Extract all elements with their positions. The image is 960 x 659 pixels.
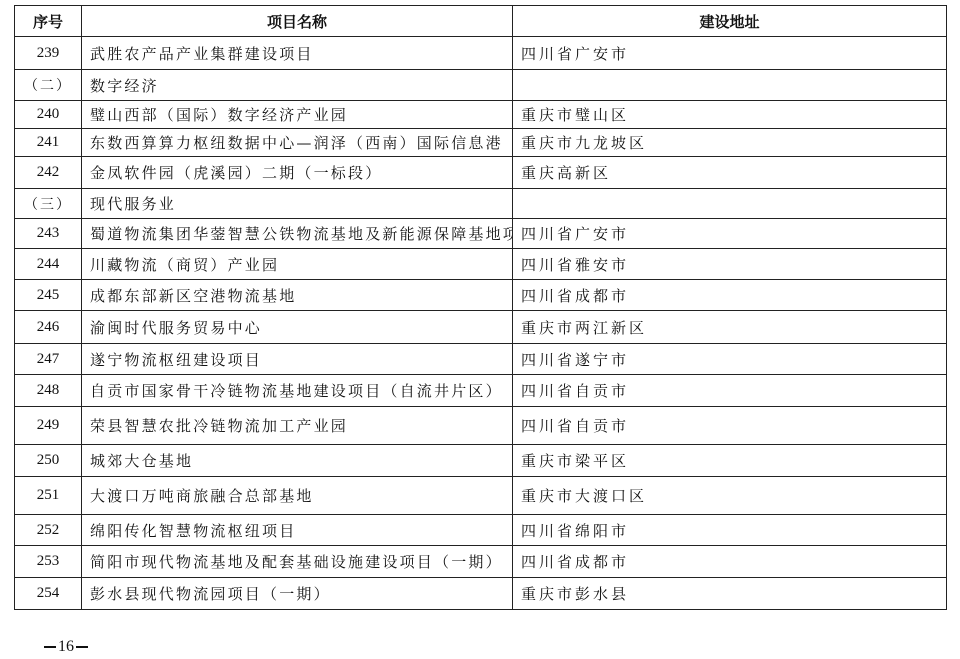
dash-left [44,646,56,648]
project-name-cell: 彭水县现代物流园项目（一期） [82,578,513,610]
project-name-cell: 绵阳传化智慧物流枢纽项目 [82,515,513,546]
serial-number-cell: 248 [15,375,82,407]
table-row: 242金凤软件园（虎溪园）二期（一标段）重庆高新区 [15,157,947,189]
serial-number-cell: （二） [15,70,82,101]
serial-number-cell: 245 [15,280,82,311]
table-row: 239武胜农产品产业集群建设项目四川省广安市 [15,37,947,70]
project-table: 序号 项目名称 建设地址 239武胜农产品产业集群建设项目四川省广安市（二）数字… [14,5,947,610]
dash-right [76,646,88,648]
address-cell [513,70,947,101]
serial-number-cell: 251 [15,477,82,515]
project-name-cell: 东数西算算力枢纽数据中心—润泽（西南）国际信息港 [82,129,513,157]
table-row: 247遂宁物流枢纽建设项目四川省遂宁市 [15,344,947,375]
project-name-cell: 渝闽时代服务贸易中心 [82,311,513,344]
address-cell: 重庆市梁平区 [513,445,947,477]
address-cell: 四川省绵阳市 [513,515,947,546]
address-cell: 重庆市九龙坡区 [513,129,947,157]
serial-number-cell: 242 [15,157,82,189]
address-cell: 四川省广安市 [513,219,947,249]
project-name-cell: 数字经济 [82,70,513,101]
project-name-cell: 川藏物流（商贸）产业园 [82,249,513,280]
table-row: 241东数西算算力枢纽数据中心—润泽（西南）国际信息港重庆市九龙坡区 [15,129,947,157]
address-cell: 重庆市大渡口区 [513,477,947,515]
serial-number-cell: 253 [15,546,82,578]
address-cell: 四川省成都市 [513,280,947,311]
table-row: 245成都东部新区空港物流基地四川省成都市 [15,280,947,311]
table-row: 251大渡口万吨商旅融合总部基地重庆市大渡口区 [15,477,947,515]
header-address: 建设地址 [513,6,947,37]
address-cell: 重庆市璧山区 [513,101,947,129]
address-cell: 四川省成都市 [513,546,947,578]
project-name-cell: 成都东部新区空港物流基地 [82,280,513,311]
page-number: 16 [42,638,90,656]
address-cell: 四川省广安市 [513,37,947,70]
table-row: 243蜀道物流集团华蓥智慧公铁物流基地及新能源保障基地项目四川省广安市 [15,219,947,249]
serial-number-cell: 249 [15,407,82,445]
table-row: 250城郊大仓基地重庆市梁平区 [15,445,947,477]
serial-number-cell: 239 [15,37,82,70]
section-row: （二）数字经济 [15,70,947,101]
table-row: 253简阳市现代物流基地及配套基础设施建设项目（一期）四川省成都市 [15,546,947,578]
serial-number-cell: 246 [15,311,82,344]
address-cell: 四川省雅安市 [513,249,947,280]
address-cell: 重庆市两江新区 [513,311,947,344]
serial-number-cell: 247 [15,344,82,375]
serial-number-cell: 252 [15,515,82,546]
project-name-cell: 遂宁物流枢纽建设项目 [82,344,513,375]
address-cell [513,189,947,219]
project-name-cell: 大渡口万吨商旅融合总部基地 [82,477,513,515]
serial-number-cell: （三） [15,189,82,219]
table-row: 254彭水县现代物流园项目（一期）重庆市彭水县 [15,578,947,610]
serial-number-cell: 241 [15,129,82,157]
address-cell: 重庆市彭水县 [513,578,947,610]
project-name-cell: 现代服务业 [82,189,513,219]
serial-number-cell: 240 [15,101,82,129]
serial-number-cell: 250 [15,445,82,477]
table-row: 246渝闽时代服务贸易中心重庆市两江新区 [15,311,947,344]
address-cell: 重庆高新区 [513,157,947,189]
table-row: 252绵阳传化智慧物流枢纽项目四川省绵阳市 [15,515,947,546]
table-row: 248自贡市国家骨干冷链物流基地建设项目（自流井片区）四川省自贡市 [15,375,947,407]
section-row: （三）现代服务业 [15,189,947,219]
table-row: 244川藏物流（商贸）产业园四川省雅安市 [15,249,947,280]
serial-number-cell: 243 [15,219,82,249]
header-serial-number: 序号 [15,6,82,37]
table-header-row: 序号 项目名称 建设地址 [15,6,947,37]
project-name-cell: 蜀道物流集团华蓥智慧公铁物流基地及新能源保障基地项目 [82,219,513,249]
project-name-cell: 璧山西部（国际）数字经济产业园 [82,101,513,129]
header-project-name: 项目名称 [82,6,513,37]
address-cell: 四川省自贡市 [513,375,947,407]
page-number-text: 16 [58,638,74,655]
address-cell: 四川省自贡市 [513,407,947,445]
table-body: 239武胜农产品产业集群建设项目四川省广安市（二）数字经济240璧山西部（国际）… [15,37,947,610]
project-name-cell: 武胜农产品产业集群建设项目 [82,37,513,70]
project-name-cell: 金凤软件园（虎溪园）二期（一标段） [82,157,513,189]
serial-number-cell: 244 [15,249,82,280]
project-name-cell: 自贡市国家骨干冷链物流基地建设项目（自流井片区） [82,375,513,407]
serial-number-cell: 254 [15,578,82,610]
table-row: 249荣县智慧农批冷链物流加工产业园四川省自贡市 [15,407,947,445]
project-name-cell: 简阳市现代物流基地及配套基础设施建设项目（一期） [82,546,513,578]
project-name-cell: 荣县智慧农批冷链物流加工产业园 [82,407,513,445]
table-row: 240璧山西部（国际）数字经济产业园重庆市璧山区 [15,101,947,129]
project-name-cell: 城郊大仓基地 [82,445,513,477]
address-cell: 四川省遂宁市 [513,344,947,375]
